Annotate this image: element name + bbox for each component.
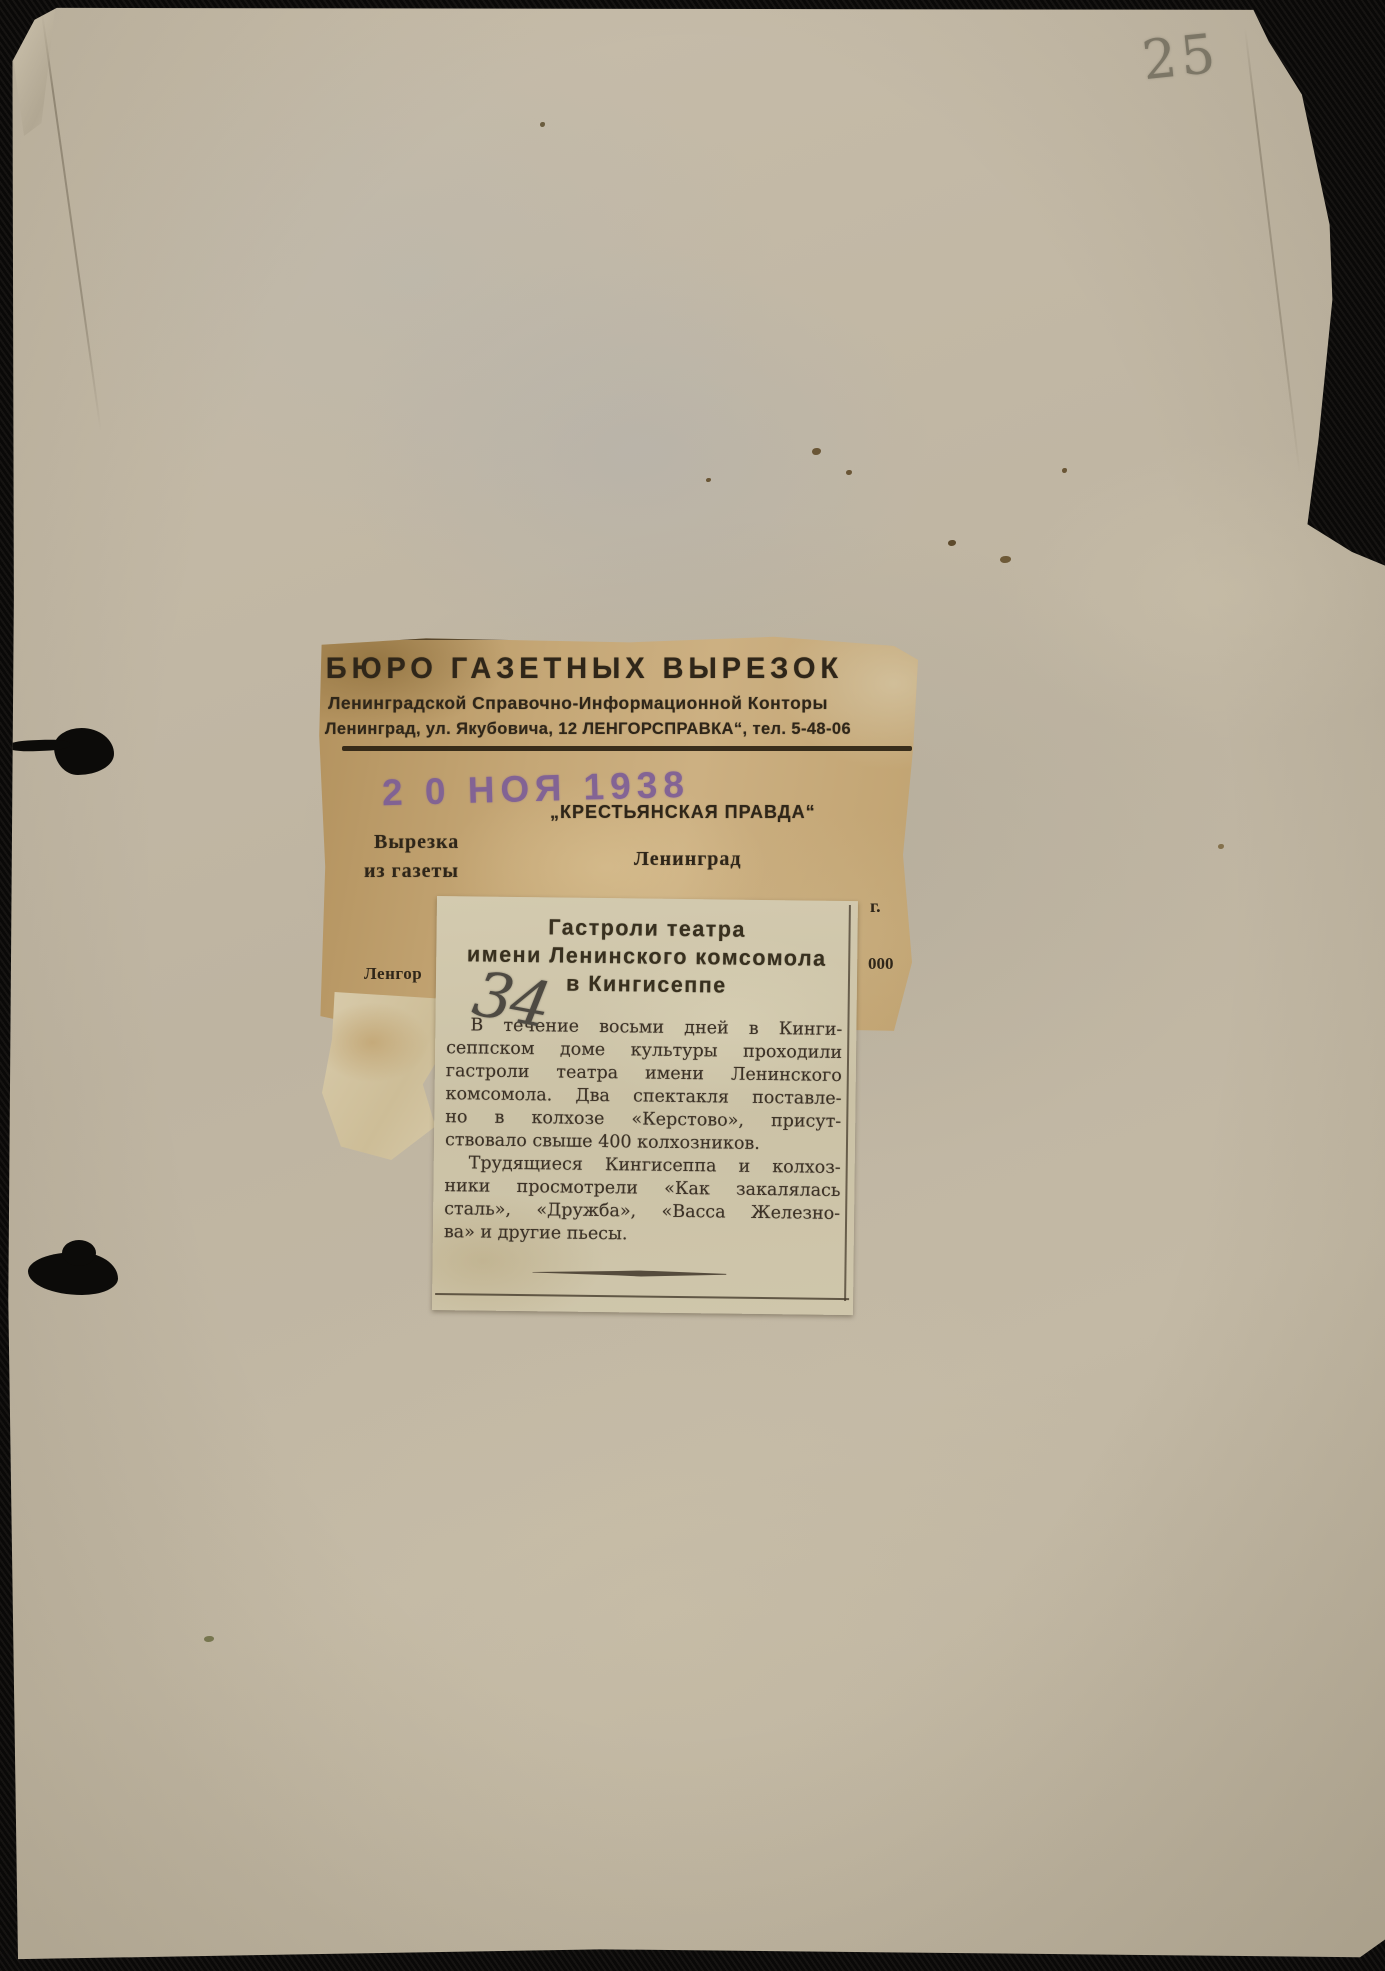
label-torn-fragment (322, 992, 448, 1160)
stain-spot (204, 1636, 214, 1642)
stain-spot (540, 122, 545, 127)
year-print-fragment: г. (870, 896, 881, 917)
page-number-handwritten: 25 (1139, 15, 1285, 92)
crease-line-top-left (40, 6, 102, 432)
stain-spot (1218, 844, 1224, 849)
bureau-address-line: Ленинград, ул. Якубовича, 12 ЛЕНГОРСПРАВ… (318, 720, 858, 739)
bureau-title: БЮРО ГАЗЕТНЫХ ВЫРЕЗОК (326, 652, 830, 686)
handwritten-number: 34 (468, 957, 555, 1043)
hole-punch-top (54, 728, 114, 775)
city-label: Ленинград (634, 848, 742, 871)
stain-spot (948, 540, 956, 546)
document-page: 25 БЮРО ГАЗЕТНЫХ ВЫРЕЗОК Ленинградской С… (0, 0, 1385, 1971)
cutting-word-1: Вырезка (374, 831, 459, 854)
label-divider-rule (342, 746, 912, 751)
hole-punch-bottom-notch (62, 1240, 96, 1266)
crease-line-top-right (1244, 28, 1301, 475)
left-print-fragment: Ленгор (364, 964, 422, 984)
body-line: ва» и другие пьесы. (444, 1221, 840, 1249)
newspaper-name: „КРЕСТЬЯНСКАЯ ПРАВДА“ (550, 802, 816, 823)
stain-spot (846, 470, 852, 475)
right-print-fragment: 000 (868, 954, 894, 974)
corner-fold (10, 6, 80, 136)
tapered-divider (532, 1269, 726, 1277)
stain-spot (1000, 556, 1011, 563)
newspaper-clipping: Гастроли театра имени Ленинского комсомо… (432, 896, 858, 1315)
stain-spot (1062, 468, 1067, 473)
stain-spot (812, 448, 821, 455)
bureau-org-line: Ленинградской Справочно-Информационной К… (318, 693, 838, 714)
clipping-bottom-rule (435, 1293, 849, 1300)
stain-spot (706, 478, 711, 482)
archive-scan: 25 БЮРО ГАЗЕТНЫХ ВЫРЕЗОК Ленинградской С… (0, 0, 1385, 1971)
cutting-word-2: из газеты (364, 860, 459, 883)
clipping-body: В течение восьми дней в Кинги- сеппском … (444, 1014, 843, 1249)
